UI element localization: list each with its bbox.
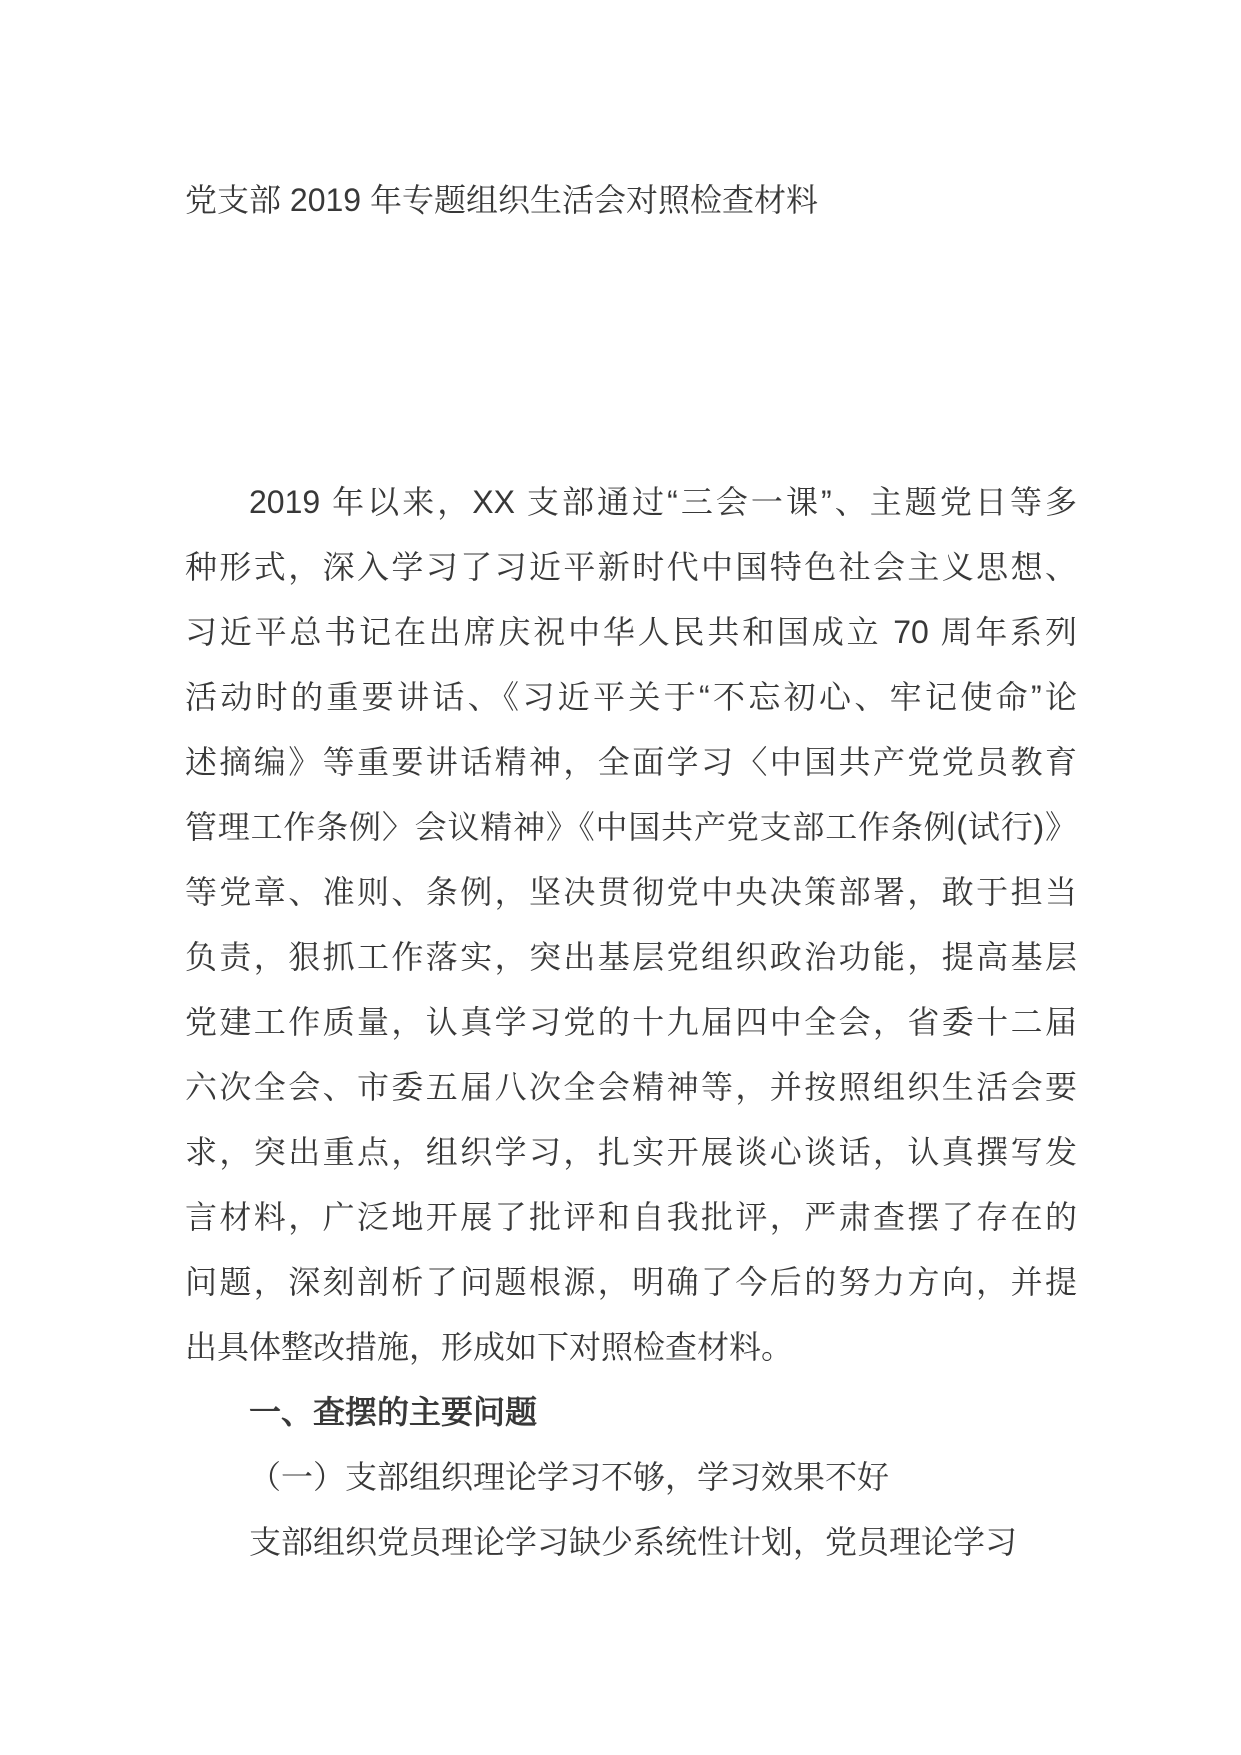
text-line: 负责，狠抓工作落实，突出基层党组织政治功能，提高基层 <box>185 925 1077 990</box>
text-line: 六次全会、市委五届八次全会精神等，并按照组织生活会要 <box>185 1055 1077 1120</box>
text-line: 2019 年以来，XX 支部通过“三会一课”、主题党日等多 <box>185 470 1077 535</box>
text-line: 求，突出重点，组织学习，扎实开展谈心谈话，认真撰写发 <box>185 1120 1077 1185</box>
text-line: 等党章、准则、条例，坚决贯彻党中央决策部署，敢于担当 <box>185 860 1077 925</box>
text-line: 习近平总书记在出席庆祝中华人民共和国成立 70 周年系列 <box>185 600 1077 665</box>
text-line: 支部组织党员理论学习缺少系统性计划，党员理论学习 <box>185 1510 1077 1575</box>
text-line: 党建工作质量，认真学习党的十九届四中全会，省委十二届 <box>185 990 1077 1055</box>
text-line: 出具体整改措施，形成如下对照检查材料。 <box>185 1315 1077 1380</box>
text-line: 种形式，深入学习了习近平新时代中国特色社会主义思想、 <box>185 535 1077 600</box>
text-line: 管理工作条例〉会议精神》《中国共产党支部工作条例(试行)》 <box>185 795 1077 860</box>
document-page: 党支部 2019 年专题组织生活会对照检查材料 2019 年以来，XX 支部通过… <box>0 0 1241 1755</box>
text-line: 述摘编》等重要讲话精神，全面学习〈中国共产党党员教育 <box>185 730 1077 795</box>
text-line: 活动时的重要讲话、《习近平关于“不忘初心、牢记使命”论 <box>185 665 1077 730</box>
text-line: 言材料，广泛地开展了批评和自我批评，严肃查摆了存在的 <box>185 1185 1077 1250</box>
second-paragraph: 支部组织党员理论学习缺少系统性计划，党员理论学习 <box>185 1510 1077 1575</box>
subsection-heading: （一）支部组织理论学习不够，学习效果不好 <box>185 1445 1077 1510</box>
opening-paragraph: 2019 年以来，XX 支部通过“三会一课”、主题党日等多 种形式，深入学习了习… <box>185 470 1077 1380</box>
section-heading: 一、查摆的主要问题 <box>185 1380 1077 1445</box>
text-line: 问题，深刻剖析了问题根源，明确了今后的努力方向，并提 <box>185 1250 1077 1315</box>
document-title: 党支部 2019 年专题组织生活会对照检查材料 <box>185 168 1077 233</box>
